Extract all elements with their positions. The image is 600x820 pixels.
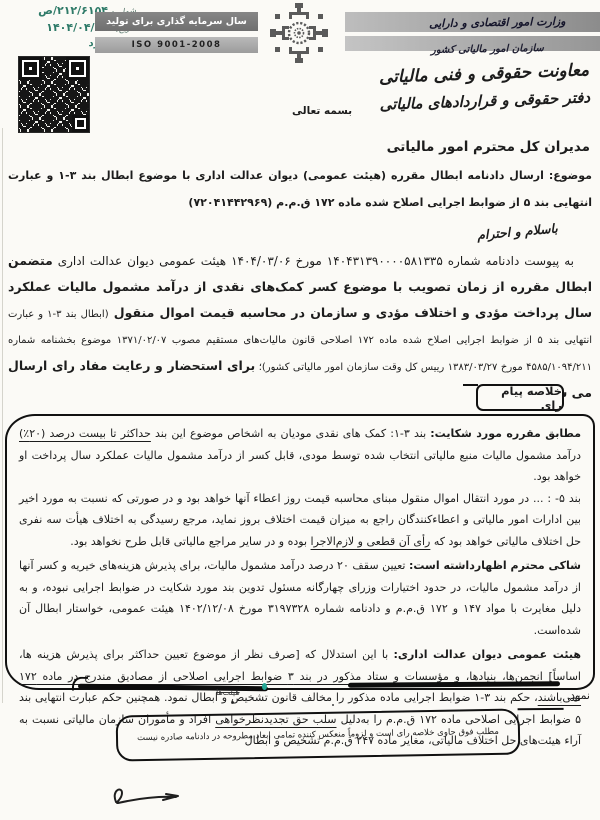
ministry-banner: وزارت امور اقتصادی و دارایی [345,12,600,32]
handwritten-salutation: باسلام و احترام [477,221,559,243]
crossed-out-word: هیئت‌ها [216,688,240,697]
regulation-underline-final: رأی آن قطعی و لازم‌الاجرا [311,535,431,548]
regulation-underline-percent: حداکثر تا بیست درصد (۲۰٪) [19,427,151,440]
besmeleh-text: بسمه تعالی [292,105,352,117]
slogan-banner: سال سرمایه گذاری برای تولید [95,12,258,31]
subject-line: موضوع: ارسال دادنامه ابطال مقرره (هیئت ع… [8,162,592,216]
summary-label-box: خلاصه پیام رای [476,384,564,411]
regulation-text-a: بند ۳-۱: کمک های نقدی مودیان به اشخاص مو… [151,427,430,440]
court-head: هیئت عمومی دیوان عدالت اداری: [393,648,581,661]
verdict-summary-box: مطابق مقرره مورد شکایت: بند ۳-۱: کمک های… [5,414,595,690]
letter-body-paragraph: به پیوست دادنامه شماره ۱۴۰۴۳۱۳۹۰۰۰۰۵۸۱۳۳… [8,248,592,406]
signature-scribble [78,780,188,814]
issuing-office-block: معاونت حقوقی و فنی مالیاتی دفتر حقوقی و … [378,56,590,117]
scan-edge-artifact [2,128,3,703]
wrapped-last-word: نمود. [567,689,591,702]
summary-paragraph-regulation: مطابق مقرره مورد شکایت: بند ۳-۱: کمک های… [19,423,581,552]
iso-banner: ISO 9001-2008 [95,37,258,53]
qr-code-icon [18,56,90,133]
body-intro: به پیوست دادنامه شماره ۱۴۰۴۳۱۳۹۰۰۰۰۵۸۱۳۳… [53,254,574,268]
regulation-head: مطابق مقرره مورد شکایت: [430,427,581,440]
regulation-text-c: بوده و در سایر مراجع مالیاتی قابل طرح نخ… [70,535,310,548]
qr-finder-square [72,115,89,132]
scanned-letter-page: شماره: ۲۱۲/۶۱۵۴/ص تاریخ: ۱۴۰۴/۰۴/۰۱ پیوس… [0,0,600,820]
teal-ink-mark [262,683,267,690]
organization-name: سازمان امور مالیاتی کشور [431,43,544,56]
tax-administration-emblem-icon [262,2,336,64]
complainant-head: شاکی محترم اظهارداشته است: [409,559,581,572]
ministry-name: وزارت امور اقتصادی و دارایی [429,14,566,29]
recipient-line: مدیران کل محترم امور مالیاتی [387,139,590,155]
footnote-disclaimer-box: مطلب فوق حاوی خلاصه رای است و لزوماً منع… [116,708,521,761]
summary-paragraph-complainant: شاکی محترم اظهارداشته است: تعیین سقف ۲۰ … [19,555,581,641]
regulation-text-b: درآمد مشمول مالیات منبع مالیاتی انتخاب ش… [19,449,581,484]
